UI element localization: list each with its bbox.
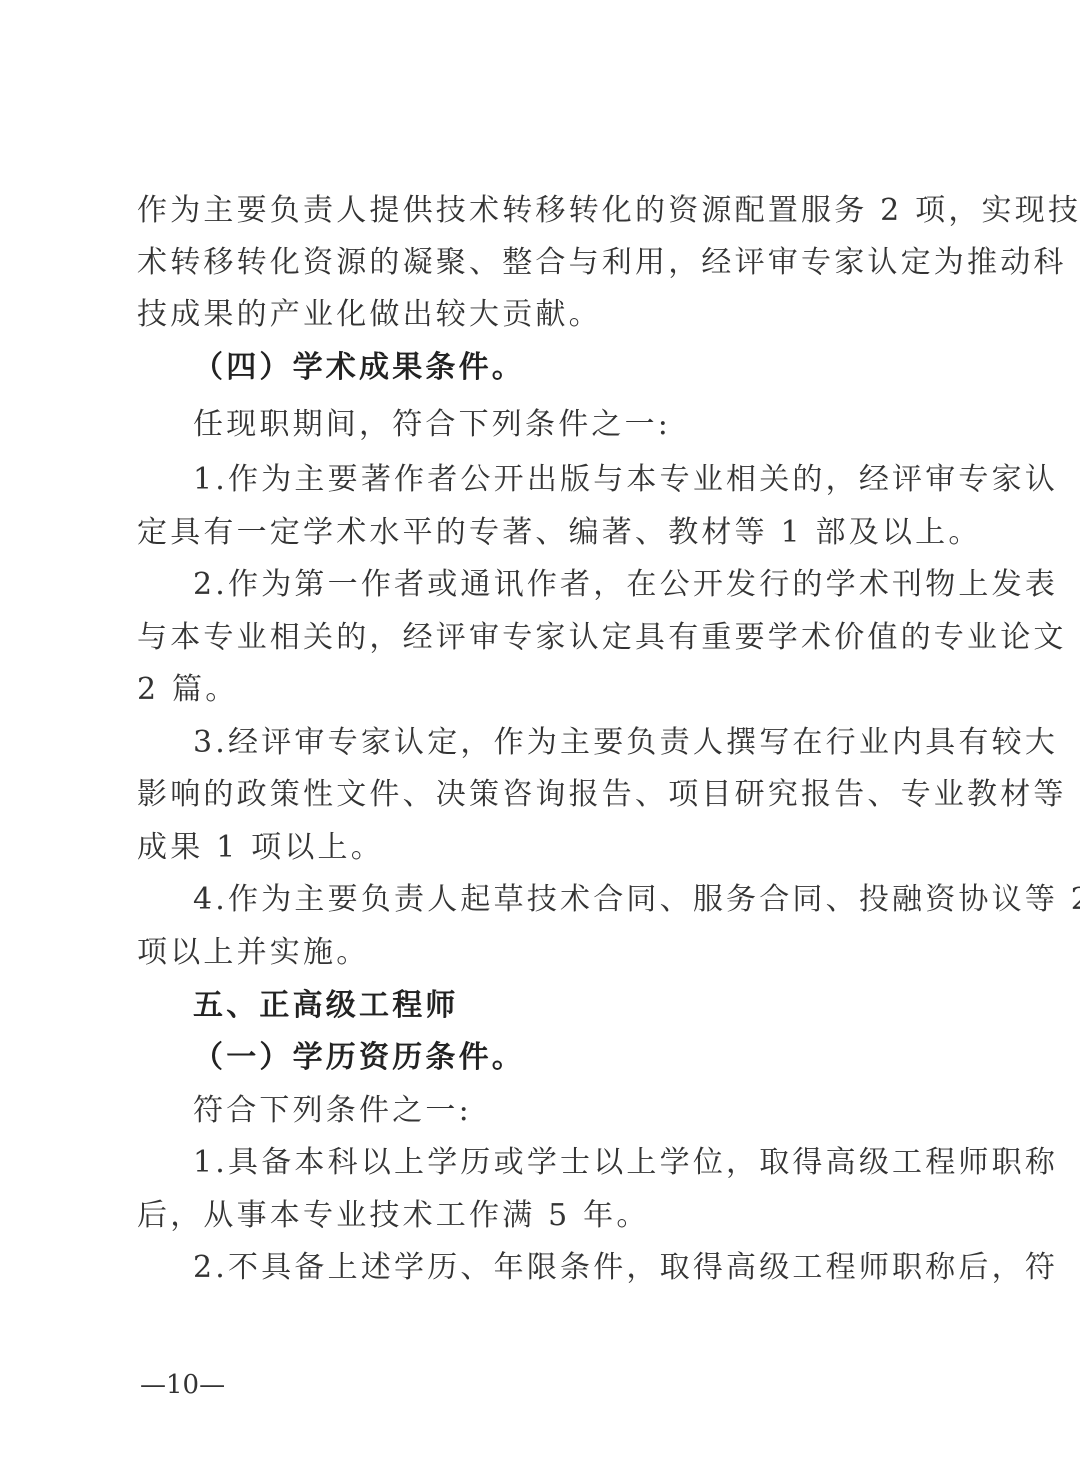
paragraph-line: 技成果的产业化做出较大贡献。 xyxy=(137,297,602,333)
document-page: 作为主要负责人提供技术转移转化的资源配置服务 2 项，实现技 术转移转化资源的凝… xyxy=(0,0,1080,1459)
list-item-line: 后，从事本专业技术工作满 5 年。 xyxy=(137,1198,650,1234)
paragraph-line: 任现职期间，符合下列条件之一: xyxy=(193,407,671,443)
list-item-line: 2 篇。 xyxy=(137,672,238,708)
page-number: —10— xyxy=(140,1370,225,1400)
list-item-line: 与本专业相关的，经评审专家认定具有重要学术价值的专业论文 xyxy=(137,620,1067,656)
list-item-line: 3.经评审专家认定，作为主要负责人撰写在行业内具有较大 xyxy=(193,725,1058,761)
list-item-line: 2.作为第一作者或通讯作者，在公开发行的学术刊物上发表 xyxy=(193,567,1058,603)
paragraph-line: 符合下列条件之一: xyxy=(193,1093,472,1129)
list-item-line: 成果 1 项以上。 xyxy=(137,830,384,866)
list-item-line: 影响的政策性文件、决策咨询报告、项目研究报告、专业教材等 xyxy=(137,777,1067,813)
list-item-line: 项以上并实施。 xyxy=(137,935,369,971)
section-heading: （一）学历资历条件。 xyxy=(193,1040,525,1076)
paragraph-line: 作为主要负责人提供技术转移转化的资源配置服务 2 项，实现技 xyxy=(137,193,1080,229)
list-item-line: 2.不具备上述学历、年限条件，取得高级工程师职称后，符 xyxy=(193,1250,1058,1286)
list-item-line: 1.具备本科以上学历或学士以上学位，取得高级工程师职称 xyxy=(193,1145,1058,1181)
chapter-heading: 五、正高级工程师 xyxy=(193,988,459,1024)
list-item-line: 1.作为主要著作者公开出版与本专业相关的，经评审专家认 xyxy=(193,462,1058,498)
paragraph-line: 术转移转化资源的凝聚、整合与利用，经评审专家认定为推动科 xyxy=(137,245,1067,281)
section-heading: （四）学术成果条件。 xyxy=(193,350,525,386)
list-item-line: 4.作为主要负责人起草技术合同、服务合同、投融资协议等 2 xyxy=(193,882,1080,918)
list-item-line: 定具有一定学术水平的专著、编著、教材等 1 部及以上。 xyxy=(137,515,982,551)
